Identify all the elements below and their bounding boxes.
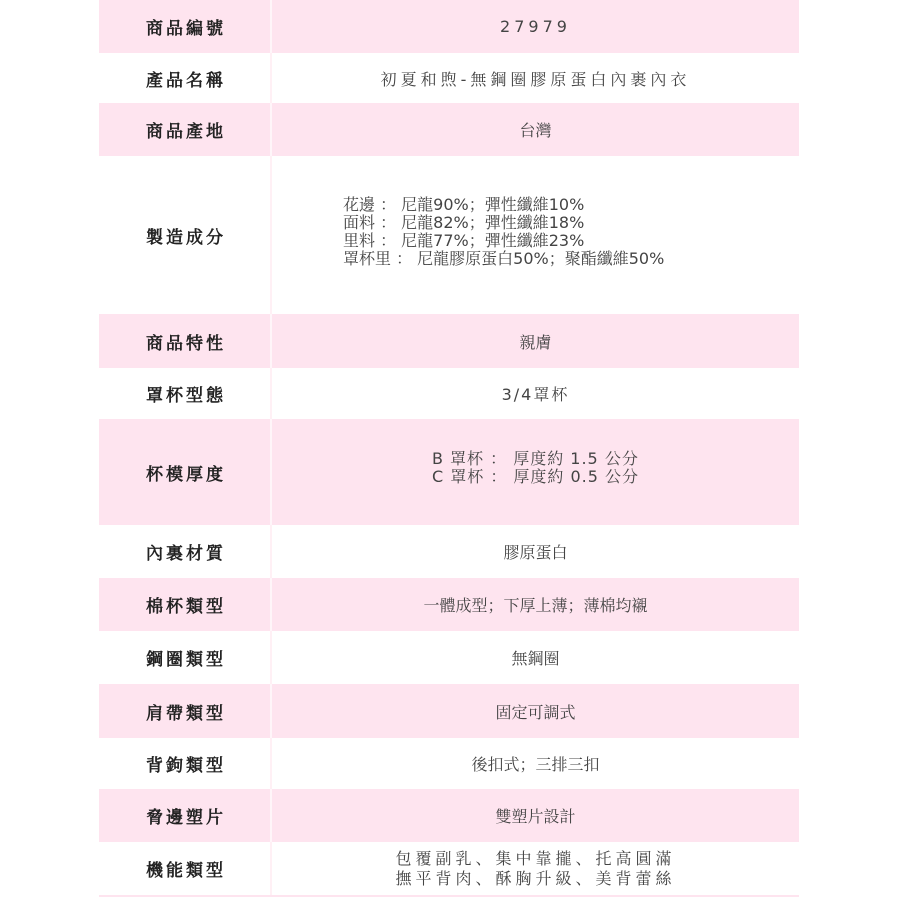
function-line: 撫平背肉、酥胸升級、美背蕾絲 (395, 869, 675, 889)
spec-row-side-boning: 脅邊塑片 雙塑片設計 (99, 789, 799, 842)
spec-value: 一體成型；下厚上薄；薄棉均襯 (272, 578, 799, 631)
spec-label: 脅邊塑片 (99, 789, 272, 842)
spec-row-cup-thickness: 杯模厚度 B 罩杯 ： 厚度約 1.5 公分 C 罩杯 ： 厚度約 0.5 公分 (99, 419, 799, 525)
spec-label: 製造成分 (99, 156, 272, 314)
spec-row-lining-material: 內裏材質 膠原蛋白 (99, 525, 799, 578)
product-spec-table: 商品編號 27979 產品名稱 初夏和煦-無鋼圈膠原蛋白內裹內衣 商品產地 台灣… (99, 0, 799, 895)
spec-row-hook-type: 背鉤類型 後扣式；三排三扣 (99, 738, 799, 789)
spec-value: 雙塑片設計 (272, 789, 799, 842)
spec-row-product-name: 產品名稱 初夏和煦-無鋼圈膠原蛋白內裹內衣 (99, 53, 799, 103)
spec-value: 固定可調式 (272, 684, 799, 738)
spec-value: 後扣式；三排三扣 (272, 738, 799, 789)
spec-row-origin: 商品產地 台灣 (99, 103, 799, 156)
composition-line: 罩杯里 ： 尼龍膠原蛋白50%；聚酯纖維50% (343, 250, 664, 268)
composition-line: 花邊 ： 尼龍90%；彈性纖維10% (343, 196, 584, 214)
spec-row-composition: 製造成分 花邊 ： 尼龍90%；彈性纖維10% 面料 ： 尼龍82%；彈性纖維1… (99, 156, 799, 314)
spec-row-cup-style: 罩杯型態 3/4罩杯 (99, 368, 799, 419)
spec-label: 商品產地 (99, 103, 272, 156)
spec-row-underwire-type: 鋼圈類型 無鋼圈 (99, 631, 799, 684)
spec-label: 機能類型 (99, 842, 272, 895)
function-line: 包覆副乳、集中靠攏、托高圓滿 (395, 849, 675, 869)
thickness-line: B 罩杯 ： 厚度約 1.5 公分 (432, 450, 639, 468)
spec-label: 內裏材質 (99, 525, 272, 578)
spec-value: 膠原蛋白 (272, 525, 799, 578)
spec-label: 產品名稱 (99, 53, 272, 103)
spec-value: 3/4罩杯 (272, 368, 799, 419)
spec-label: 肩帶類型 (99, 684, 272, 738)
spec-label: 棉杯類型 (99, 578, 272, 631)
spec-row-product-id: 商品編號 27979 (99, 0, 799, 53)
spec-row-strap-type: 肩帶類型 固定可調式 (99, 684, 799, 738)
composition-line: 里料 ： 尼龍77%；彈性纖維23% (343, 232, 584, 250)
spec-row-function-type: 機能類型 包覆副乳、集中靠攏、托高圓滿 撫平背肉、酥胸升級、美背蕾絲 (99, 842, 799, 895)
spec-value: 花邊 ： 尼龍90%；彈性纖維10% 面料 ： 尼龍82%；彈性纖維18% 里料… (272, 156, 799, 314)
spec-row-feature: 商品特性 親膚 (99, 314, 799, 368)
spec-value: B 罩杯 ： 厚度約 1.5 公分 C 罩杯 ： 厚度約 0.5 公分 (272, 419, 799, 525)
composition-line: 面料 ： 尼龍82%；彈性纖維18% (343, 214, 584, 232)
spec-label: 杯模厚度 (99, 419, 272, 525)
spec-value: 包覆副乳、集中靠攏、托高圓滿 撫平背肉、酥胸升級、美背蕾絲 (272, 842, 799, 895)
table-bottom-border (99, 895, 799, 897)
spec-label: 商品編號 (99, 0, 272, 53)
thickness-line: C 罩杯 ： 厚度約 0.5 公分 (432, 468, 639, 486)
spec-label: 背鉤類型 (99, 738, 272, 789)
spec-value: 台灣 (272, 103, 799, 156)
spec-value: 初夏和煦-無鋼圈膠原蛋白內裹內衣 (272, 53, 799, 103)
spec-label: 商品特性 (99, 314, 272, 368)
spec-label: 罩杯型態 (99, 368, 272, 419)
spec-value: 27979 (272, 0, 799, 53)
spec-label: 鋼圈類型 (99, 631, 272, 684)
spec-value: 親膚 (272, 314, 799, 368)
spec-value: 無鋼圈 (272, 631, 799, 684)
spec-row-padding-type: 棉杯類型 一體成型；下厚上薄；薄棉均襯 (99, 578, 799, 631)
